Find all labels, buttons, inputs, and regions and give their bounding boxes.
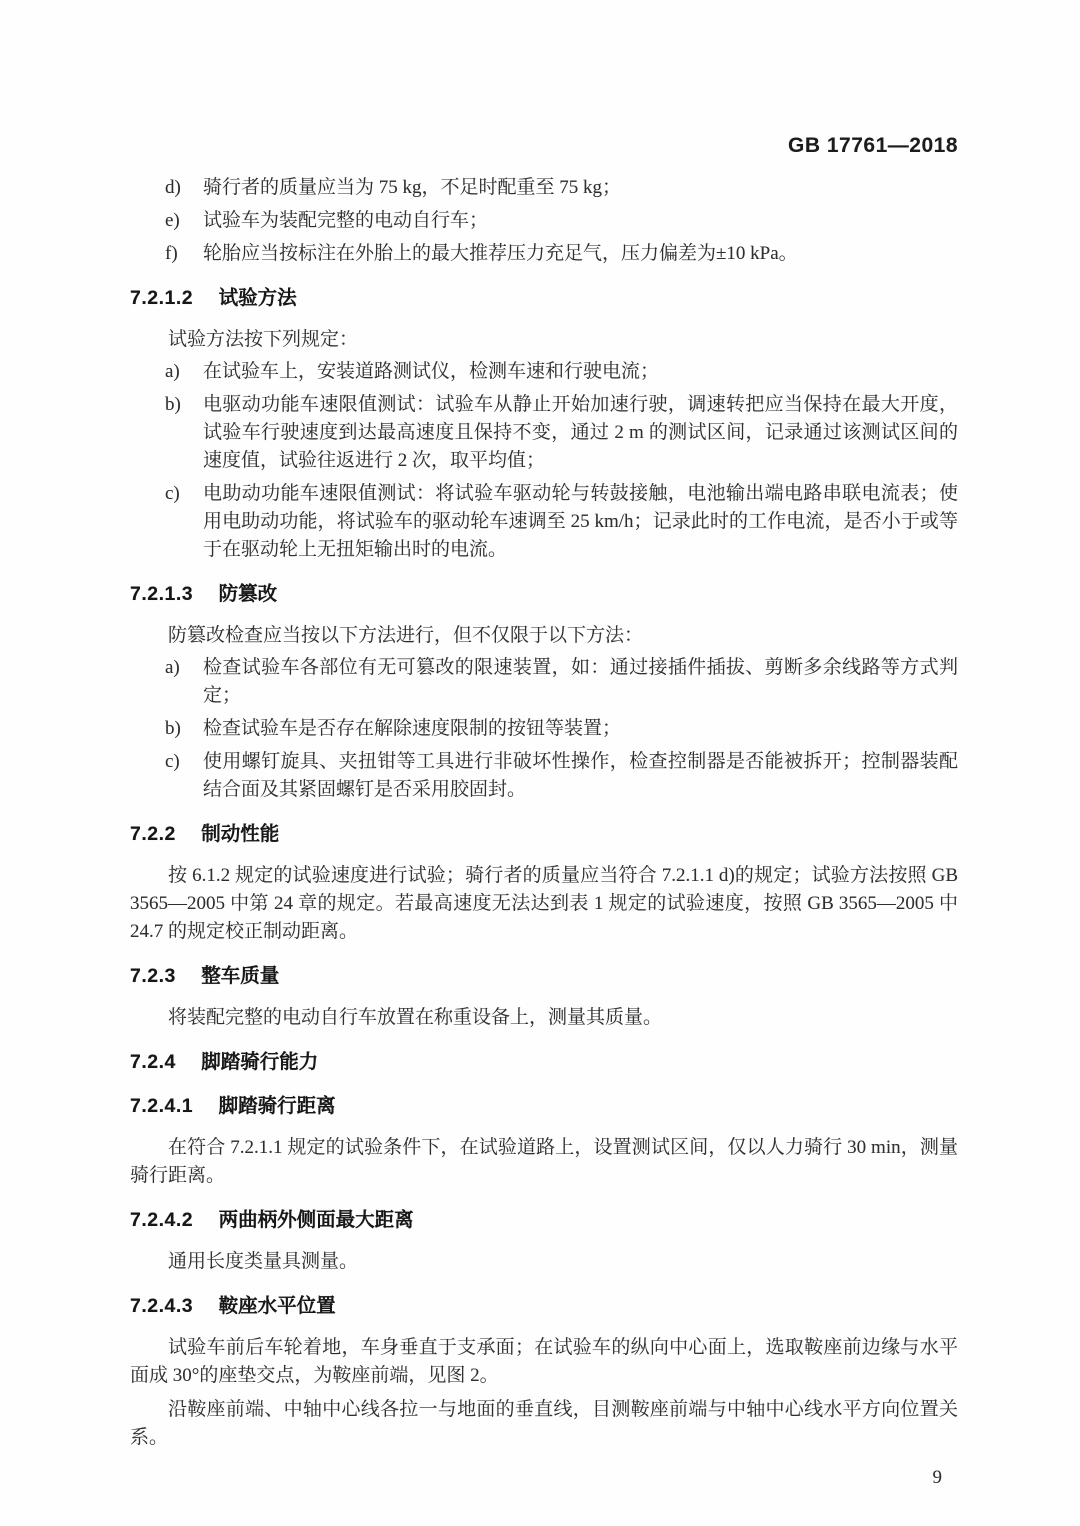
doc-code-header: GB 17761—2018: [130, 131, 958, 160]
paragraph: 防篡改检查应当按以下方法进行，但不仅限于以下方法：: [130, 622, 958, 650]
list-item-text: 骑行者的质量应当为 75 kg，不足时配重至 75 kg；: [203, 174, 958, 202]
paragraph: 沿鞍座前端、中轴中心线各拉一与地面的垂直线，目测鞍座前端与中轴中心线水平方向位置…: [130, 1396, 958, 1452]
section-title: 鞍座水平位置: [219, 1295, 336, 1317]
section-heading-7-2-1-2: 7.2.1.2 试验方法: [130, 284, 958, 312]
list-item-marker: b): [165, 715, 181, 743]
section-heading-7-2-4-3: 7.2.4.3 鞍座水平位置: [130, 1292, 958, 1320]
list-test-method: a) 在试验车上，安装道路测试仪，检测车速和行驶电流； b) 电驱动功能车速限值…: [130, 358, 958, 564]
list-item-text: 电驱动功能车速限值测试：试验车从静止开始加速行驶，调速转把应当保持在最大开度，试…: [203, 391, 958, 475]
document-page: GB 17761—2018 d) 骑行者的质量应当为 75 kg，不足时配重至 …: [0, 0, 1080, 1526]
list-item-marker: c): [165, 480, 180, 508]
list-item: f) 轮胎应当按标注在外胎上的最大推荐压力充足气，压力偏差为±10 kPa。: [130, 240, 958, 268]
section-title: 脚踏骑行距离: [219, 1095, 336, 1117]
section-number: 7.2.1.2: [130, 287, 193, 309]
paragraph: 按 6.1.2 规定的试验速度进行试验；骑行者的质量应当符合 7.2.1.1 d…: [130, 862, 958, 946]
list-item: b) 电驱动功能车速限值测试：试验车从静止开始加速行驶，调速转把应当保持在最大开…: [130, 391, 958, 475]
list-item-marker: e): [165, 207, 180, 235]
list-anti-tamper: a) 检查试验车各部位有无可篡改的限速装置，如：通过接插件插拔、剪断多余线路等方…: [130, 654, 958, 804]
section-title: 防篡改: [219, 583, 278, 605]
list-item: d) 骑行者的质量应当为 75 kg，不足时配重至 75 kg；: [130, 174, 958, 202]
list-item: a) 在试验车上，安装道路测试仪，检测车速和行驶电流；: [130, 358, 958, 386]
section-title: 整车质量: [201, 965, 279, 987]
section-number: 7.2.3: [130, 965, 176, 987]
list-item: a) 检查试验车各部位有无可篡改的限速装置，如：通过接插件插拔、剪断多余线路等方…: [130, 654, 958, 710]
list-item-marker: a): [165, 358, 180, 386]
list-item: b) 检查试验车是否存在解除速度限制的按钮等装置；: [130, 715, 958, 743]
section-title: 两曲柄外侧面最大距离: [219, 1209, 414, 1231]
section-number: 7.2.4.1: [130, 1095, 193, 1117]
section-number: 7.2.4: [130, 1051, 176, 1073]
paragraph: 试验方法按下列规定：: [130, 326, 958, 354]
paragraph: 将装配完整的电动自行车放置在称重设备上，测量其质量。: [130, 1004, 958, 1032]
list-item-marker: c): [165, 748, 180, 776]
list-item-text: 使用螺钉旋具、夹扭钳等工具进行非破坏性操作，检查控制器是否能被拆开；控制器装配结…: [203, 748, 958, 804]
section-heading-7-2-2: 7.2.2 制动性能: [130, 820, 958, 848]
paragraph: 在符合 7.2.1.1 规定的试验条件下，在试验道路上，设置测试区间，仅以人力骑…: [130, 1134, 958, 1190]
list-item-text: 轮胎应当按标注在外胎上的最大推荐压力充足气，压力偏差为±10 kPa。: [203, 240, 958, 268]
paragraph: 试验车前后车轮着地，车身垂直于支承面；在试验车的纵向中心面上，选取鞍座前边缘与水…: [130, 1334, 958, 1390]
section-number: 7.2.2: [130, 823, 176, 845]
section-number: 7.2.4.3: [130, 1295, 193, 1317]
list-item-text: 检查试验车是否存在解除速度限制的按钮等装置；: [203, 715, 958, 743]
list-item-marker: a): [165, 654, 180, 682]
list-item: e) 试验车为装配完整的电动自行车；: [130, 207, 958, 235]
list-item: c) 使用螺钉旋具、夹扭钳等工具进行非破坏性操作，检查控制器是否能被拆开；控制器…: [130, 748, 958, 804]
list-item-text: 电助动功能车速限值测试：将试验车驱动轮与转鼓接触，电池输出端电路串联电流表；使用…: [203, 480, 958, 564]
list-item-text: 试验车为装配完整的电动自行车；: [203, 207, 958, 235]
paragraph: 通用长度类量具测量。: [130, 1248, 958, 1276]
section-number: 7.2.1.3: [130, 583, 193, 605]
section-title: 制动性能: [201, 823, 279, 845]
list-item-text: 在试验车上，安装道路测试仪，检测车速和行驶电流；: [203, 358, 958, 386]
list-item: c) 电助动功能车速限值测试：将试验车驱动轮与转鼓接触，电池输出端电路串联电流表…: [130, 480, 958, 564]
list-item-marker: d): [165, 174, 181, 202]
page-number: 9: [130, 1464, 958, 1492]
section-heading-7-2-1-3: 7.2.1.3 防篡改: [130, 580, 958, 608]
list-item-text: 检查试验车各部位有无可篡改的限速装置，如：通过接插件插拔、剪断多余线路等方式判定…: [203, 654, 958, 710]
section-heading-7-2-4: 7.2.4 脚踏骑行能力: [130, 1048, 958, 1076]
section-heading-7-2-3: 7.2.3 整车质量: [130, 962, 958, 990]
section-title: 脚踏骑行能力: [201, 1051, 318, 1073]
section-title: 试验方法: [219, 287, 297, 309]
list-item-marker: f): [165, 240, 178, 268]
list-continued: d) 骑行者的质量应当为 75 kg，不足时配重至 75 kg； e) 试验车为…: [130, 174, 958, 268]
section-heading-7-2-4-2: 7.2.4.2 两曲柄外侧面最大距离: [130, 1206, 958, 1234]
list-item-marker: b): [165, 391, 181, 419]
section-number: 7.2.4.2: [130, 1209, 193, 1231]
section-heading-7-2-4-1: 7.2.4.1 脚踏骑行距离: [130, 1092, 958, 1120]
